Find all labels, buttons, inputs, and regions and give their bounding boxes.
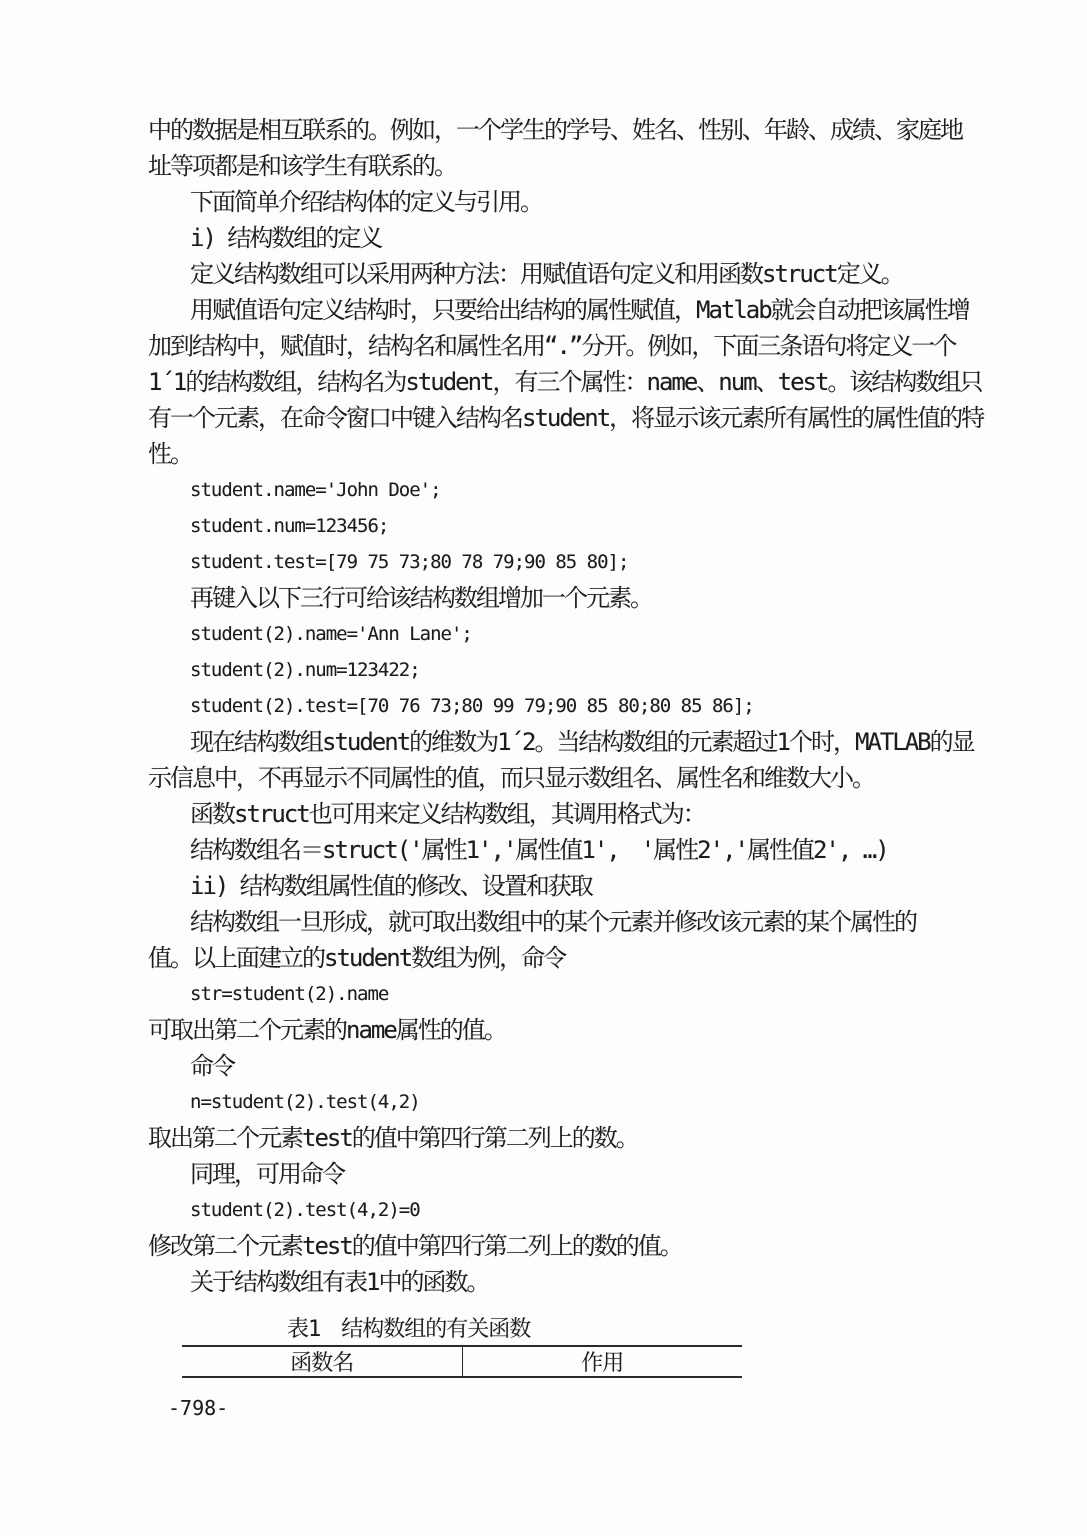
text-line: 下面简单介绍结构体的定义与引用。	[148, 184, 950, 220]
text-line: 值。以上面建立的student数组为例，命令	[148, 940, 950, 976]
text-line: 同理，可用命令	[148, 1156, 950, 1192]
code-line: student.name='John Doe';	[148, 472, 950, 508]
code-line: str=student(2).name	[148, 976, 950, 1012]
code-line: student(2).test(4,2)=0	[148, 1192, 950, 1228]
text-line: 有一个元素，在命令窗口中键入结构名student，将显示该元素所有属性的属性值的…	[148, 400, 950, 436]
functions-table: 函数名 作用	[182, 1345, 742, 1378]
text-line: 函数struct也可用来定义结构数组，其调用格式为：	[148, 796, 950, 832]
code-line: student(2).num=123422;	[148, 652, 950, 688]
code-line: student.test=[79 75 73;80 78 79;90 85 80…	[148, 544, 950, 580]
text-line: 用赋值语句定义结构时，只要给出结构的属性赋值，Matlab就会自动把该属性增	[148, 292, 950, 328]
text-line: 可取出第二个元素的name属性的值。	[148, 1012, 950, 1048]
text-line: 结构数组名＝struct('属性1','属性值1', '属性2','属性值2',…	[148, 832, 950, 868]
text-line: 1´1的结构数组，结构名为student，有三个属性：name、num、test…	[148, 364, 950, 400]
code-line: n=student(2).test(4,2)	[148, 1084, 950, 1120]
text-line: 取出第二个元素test的值中第四行第二列上的数。	[148, 1120, 950, 1156]
table-header-function-name: 函数名	[182, 1347, 463, 1376]
text-block: 中的数据是相互联系的。例如，一个学生的学号、姓名、性别、年龄、成绩、家庭地 址等…	[148, 112, 950, 1300]
text-line: 加到结构中，赋值时，结构名和属性名用“.”分开。例如，下面三条语句将定义一个	[148, 328, 950, 364]
code-line: student(2).test=[70 76 73;80 99 79;90 85…	[148, 688, 950, 724]
text-line: 关于结构数组有表1中的函数。	[148, 1264, 950, 1300]
text-line: 结构数组一旦形成，就可取出数组中的某个元素并修改该元素的某个属性的	[148, 904, 950, 940]
text-line: 再键入以下三行可给该结构数组增加一个元素。	[148, 580, 950, 616]
text-line: 定义结构数组可以采用两种方法：用赋值语句定义和用函数struct定义。	[148, 256, 950, 292]
page-number: -798-	[168, 1396, 228, 1420]
text-line: ii) 结构数组属性值的修改、设置和获取	[148, 868, 950, 904]
code-line: student(2).name='Ann Lane';	[148, 616, 950, 652]
text-line: 示信息中，不再显示不同属性的值，而只显示数组名、属性名和维数大小。	[148, 760, 950, 796]
code-line: student.num=123456;	[148, 508, 950, 544]
text-line: 性。	[148, 436, 950, 472]
table-caption: 表1 结构数组的有关函数	[287, 1316, 530, 1344]
table-header-purpose: 作用	[463, 1347, 743, 1376]
text-line: 现在结构数组student的维数为1´2。当结构数组的元素超过1个时，MATLA…	[148, 724, 950, 760]
text-line: 修改第二个元素test的值中第四行第二列上的数的值。	[148, 1228, 950, 1264]
text-line: 中的数据是相互联系的。例如，一个学生的学号、姓名、性别、年龄、成绩、家庭地	[148, 112, 950, 148]
text-line: i) 结构数组的定义	[148, 220, 950, 256]
document-page: 中的数据是相互联系的。例如，一个学生的学号、姓名、性别、年龄、成绩、家庭地 址等…	[0, 0, 1087, 1536]
text-line: 命令	[148, 1048, 950, 1084]
text-line: 址等项都是和该学生有联系的。	[148, 148, 950, 184]
